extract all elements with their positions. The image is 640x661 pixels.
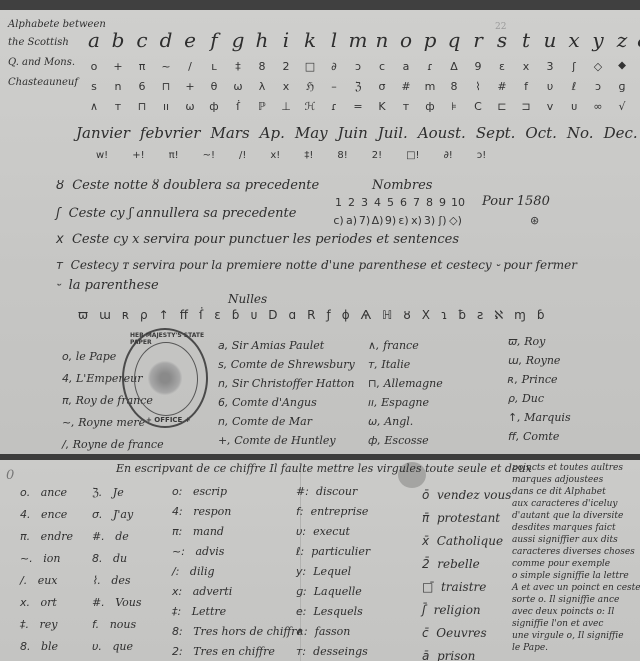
code: /: (172, 565, 179, 578)
month-name: Ap. (260, 124, 285, 142)
cipher-symbol: = (346, 100, 370, 113)
cipher-symbol: 9 (466, 60, 490, 74)
null-symbol: ʀ (122, 308, 129, 322)
list-item: ∧: fasson (296, 622, 370, 642)
list-item: υ. que (92, 636, 142, 658)
note-line: caracteres diverses choses (512, 546, 640, 558)
rule-line-3: x Ceste cy x servira pour punctuer les p… (56, 232, 459, 247)
code: #. (92, 530, 105, 543)
digit: 5 (384, 196, 397, 209)
word: adverti (193, 585, 233, 598)
cipher-symbol: f (514, 80, 538, 93)
list-item: ~: advis (172, 542, 303, 562)
month-name: May (295, 124, 328, 142)
digit: 10 (449, 196, 467, 209)
note-line: desdites marques faict (512, 522, 640, 534)
null-symbol: ɑ (288, 308, 296, 322)
instruction-line: En escripvant de ce chiffre Il faulte me… (116, 462, 532, 475)
month-name: Janvier (76, 124, 130, 142)
digit-code: x) (410, 214, 423, 227)
digit: 2 (345, 196, 358, 209)
word: fasson (315, 625, 351, 638)
cipher-symbol: ω (226, 80, 250, 93)
names-column-4: ϖ, Roy ɯ, Royne ʀ, Prince ρ, Duc ↑, Marq… (508, 332, 571, 446)
name-text: Royne (526, 354, 561, 367)
digit: 3 (358, 196, 371, 209)
numbers-digits-row: 12345678910 (332, 196, 467, 209)
list-item: π: mand (172, 522, 303, 542)
scan-top-edge (0, 0, 640, 10)
letter: n (370, 28, 394, 52)
name-entry: s, Comte de Shrewsbury (218, 355, 355, 374)
list-item: 4. ence (20, 504, 73, 526)
list-item: ō vendez vous (422, 484, 511, 507)
name-entry: ↑, Marquis (508, 408, 571, 427)
cipher-symbol: π (130, 60, 154, 74)
note-line: une virgule o, Il signiffie (512, 630, 640, 642)
list-item: ʃ̄ religion (422, 599, 511, 622)
name-text: Marquis (524, 411, 570, 424)
name-entry: ɯ, Royne (508, 351, 571, 370)
year-code: ⊛ (530, 214, 539, 227)
null-symbol: ẛ (199, 308, 203, 322)
code: o: (172, 485, 182, 498)
month-code: ∂! (444, 150, 453, 161)
word: rebelle (437, 557, 479, 571)
rule-text: Cestecy ᴛ servira pour la premiere notte… (71, 258, 577, 272)
note-line: poincts et toutes aultres (512, 462, 640, 474)
name-code: ᴛ, (368, 358, 378, 371)
digit-code: ◇) (449, 214, 462, 227)
cipher-symbol: 3 (538, 60, 562, 74)
cipher-symbol: ᴛ (394, 100, 418, 113)
word: J'ay (113, 508, 133, 521)
letter: i (274, 28, 298, 52)
cipher-symbol: ◇ (586, 60, 610, 74)
name-code: ɯ, (508, 354, 522, 367)
letter: s (490, 28, 514, 52)
name-entry: ᴛ, Italie (368, 355, 443, 374)
code: o. (20, 486, 30, 499)
null-symbol: ɛ (214, 308, 221, 322)
name-entry: ʀ, Prince (508, 370, 571, 389)
cipher-symbol: ℋ (298, 100, 322, 113)
word: Lettre (192, 605, 226, 618)
name-entry: ρ, Duc (508, 389, 571, 408)
cipher-symbol: ᴜ (562, 100, 586, 113)
cipher-symbol: ⊓ (130, 100, 154, 113)
cipher-symbol: m (418, 80, 442, 93)
note-line: signiffie l'on et avec (512, 618, 640, 630)
name-entry: ⊓, Allemagne (368, 374, 443, 393)
cipher-symbol: σ (370, 80, 394, 93)
list-item: y: Lequel (296, 562, 370, 582)
code: ℓ: (296, 545, 304, 558)
word: escrip (193, 485, 227, 498)
code: σ. (92, 508, 102, 521)
null-symbol: ϖ (78, 308, 88, 322)
month-name: Sept. (476, 124, 516, 142)
list-item: /: dilig (172, 562, 303, 582)
name-text: Sir Christoffer Hatton (232, 377, 355, 390)
word: eux (38, 574, 58, 587)
null-symbol: ȣ (403, 308, 410, 322)
rule-text: Ceste cy ʃ annullera sa precedente (69, 206, 297, 221)
name-code: 4, (62, 372, 73, 385)
cipher-symbol: υ (538, 80, 562, 93)
lower-column-1: o. ance 4. ence π. endre ~. ion /. eux x… (20, 482, 73, 658)
cipher-symbol: ɾ (418, 60, 442, 74)
cipher-symbol: K (370, 100, 394, 113)
list-item: o: escrip (172, 482, 303, 502)
code: υ: (296, 525, 306, 538)
cipher-symbol: ∧ (82, 100, 106, 113)
month-name: Mars (210, 124, 249, 142)
code: ~: (172, 545, 185, 558)
cipher-symbol: λ (250, 80, 274, 93)
name-text: Comte d'Angus (232, 396, 317, 409)
letter: g (226, 28, 250, 52)
word: Catholique (437, 534, 503, 548)
null-symbol: ↑ (159, 308, 169, 322)
months-row: JanvierfebvrierMarsAp.MayJuinJuil.Aoust.… (76, 124, 640, 142)
list-item: o. ance (20, 482, 73, 504)
code: υ. (92, 640, 102, 653)
word: mand (193, 525, 224, 538)
list-item: #. Vous (92, 592, 142, 614)
name-code: 6, (218, 396, 229, 409)
letter: k (298, 28, 322, 52)
name-code: ʀ, (508, 373, 518, 386)
cipher-symbol: C (466, 100, 490, 113)
list-item: 2: Tres en chiffre (172, 642, 303, 661)
null-symbol: ɸ (342, 308, 350, 322)
letter: o (394, 28, 418, 52)
code: ~. (20, 552, 33, 565)
cipher-symbol: # (394, 80, 418, 93)
cipher-row-2: sn6⊓+θωλxℌ–ℨσ#m8⌇#fυℓↄɡe (82, 80, 640, 93)
rule-text: Ceste notte ȣ doublera sa precedente (72, 178, 319, 193)
letter: e (178, 28, 202, 52)
name-text: Comte de Mar (232, 415, 312, 428)
cipher-symbol: √ (610, 100, 634, 113)
lower-column-3: o: escrip 4: respon π: mand ~: advis /: … (172, 482, 303, 661)
digit-code: 9) (384, 214, 397, 227)
name-text: Angl. (384, 415, 413, 428)
cipher-symbol: + (106, 60, 130, 74)
null-symbol: ℍ (382, 308, 392, 322)
code: ℨ. (92, 486, 102, 499)
word: traistre (441, 580, 486, 594)
letter: y (586, 28, 610, 52)
name-code: n, (218, 415, 228, 428)
cipher-symbol: ℓ (562, 80, 586, 93)
lower-column-5: ō vendez vous π̄ protestant x̄ Catholiqu… (422, 484, 511, 661)
cipher-symbol: ф (202, 100, 226, 113)
name-code: a, (218, 339, 228, 352)
cipher-symbol: ⊐ (514, 100, 538, 113)
code: 4: (172, 505, 183, 518)
rule-symbol: ȣ (56, 178, 64, 193)
name-entry: ff, Comte (508, 427, 571, 446)
code: ā (422, 649, 429, 661)
list-item: 2̄ rebelle (422, 553, 511, 576)
code: 8: (172, 625, 183, 638)
null-symbol: D (268, 308, 277, 322)
word: particulier (311, 545, 370, 558)
name-text: france (383, 339, 419, 352)
letter: x (562, 28, 586, 52)
list-item: x: adverti (172, 582, 303, 602)
month-name: Juin (338, 124, 368, 142)
code: ∧: (296, 625, 308, 638)
lower-column-4: #: discour f: entreprise υ: execut ℓ: pa… (296, 482, 370, 661)
word: rey (40, 618, 58, 631)
name-code: ρ, (508, 392, 518, 405)
seal-text-top: HER MAJESTY'S STATE PAPER (130, 332, 206, 346)
letter: p (418, 28, 442, 52)
list-item: #. de (92, 526, 142, 548)
cipher-symbol: n (106, 80, 130, 93)
names-column-2: a, Sir Amias Paulet s, Comte de Shrewsbu… (218, 336, 355, 450)
code: ‡: (172, 605, 181, 618)
letter: b (106, 28, 130, 52)
null-symbol: R (307, 308, 315, 322)
note-line: aux caracteres d'iceluy (512, 498, 640, 510)
month-code: ‡! (304, 150, 313, 161)
list-item: π̄ protestant (422, 507, 511, 530)
null-symbol: ᴜ (250, 308, 257, 322)
note-line: avec deux poincts o: Il (512, 606, 640, 618)
month-code: w! (96, 150, 108, 161)
name-entry: n, Comte de Mar (218, 412, 355, 431)
title-line-2: the Scottish (8, 36, 69, 50)
cipher-symbol: 8 (250, 60, 274, 74)
margin-notes: poincts et toutes aultres marques adjous… (512, 462, 640, 654)
letter: z (610, 28, 634, 52)
code: π. (20, 530, 30, 543)
cipher-symbol: 2 (274, 60, 298, 74)
plain-alphabet-row: a b c d e f g h i k l m n o p q r s t u … (82, 28, 640, 52)
cipher-symbol: ıı (154, 100, 178, 113)
word: Oeuvres (436, 626, 486, 640)
code: 2̄ (422, 557, 430, 571)
cipher-symbol: x (274, 80, 298, 93)
name-code: /, (62, 438, 69, 451)
names-column-3: ∧, france ᴛ, Italie ⊓, Allemagne ıı, Esp… (368, 336, 443, 450)
cipher-symbol: + (178, 80, 202, 93)
word: que (112, 640, 133, 653)
name-code: ∧, (368, 339, 380, 352)
list-item: 8. du (92, 548, 142, 570)
state-paper-office-seal: HER MAJESTY'S STATE PAPER + OFFICE + (122, 328, 208, 428)
name-entry: n, Sir Christoffer Hatton (218, 374, 355, 393)
name-code: ff, (508, 430, 519, 443)
name-text: Allemagne (384, 377, 443, 390)
digit-code: 7) (358, 214, 371, 227)
name-code: s, (218, 358, 227, 371)
word: desseings (313, 645, 368, 658)
name-code: n, (218, 377, 228, 390)
month-code: /! (239, 150, 246, 161)
letter: f (202, 28, 226, 52)
word: dilig (190, 565, 215, 578)
name-code: π, (62, 394, 72, 407)
cipher-symbol: ↄ (346, 60, 370, 74)
name-code: ϖ, (508, 335, 521, 348)
months-code-row: w!+!π!~!/!x!‡!8!2!□!∂!ↄ! (96, 150, 510, 161)
code: 2: (172, 645, 183, 658)
rule-symbol: ʃ (56, 206, 60, 221)
letter: a (82, 28, 106, 52)
null-symbol: ɓ (537, 308, 545, 322)
code: □̄ (422, 580, 433, 594)
list-item: π. endre (20, 526, 73, 548)
rule-line-4: ᴛ Cestecy ᴛ servira pour la premiere not… (56, 258, 577, 273)
cipher-symbol: ⊏ (490, 100, 514, 113)
name-code: ~, (62, 416, 75, 429)
note-line: dans ce dit Alphabet (512, 486, 640, 498)
code: ᴛ: (296, 645, 306, 658)
code: π: (172, 525, 182, 538)
month-name: Juil. (378, 124, 408, 142)
name-code: +, (218, 434, 231, 447)
name-text: Escosse (384, 434, 428, 447)
rule-symbol: ⏑ (56, 278, 60, 293)
null-symbol: ɿ (441, 308, 447, 322)
name-text: Italie (381, 358, 410, 371)
digit-code: ʃ) (436, 214, 449, 227)
month-code: π! (169, 150, 179, 161)
name-entry: /, Royne de france (62, 434, 164, 454)
rule-line-2: ʃ Ceste cy ʃ annullera sa precedente (56, 206, 296, 221)
name-text: Sir Amias Paulet (232, 339, 324, 352)
word: ble (41, 640, 58, 653)
cipher-symbol: ʟ (202, 60, 226, 74)
word: nous (110, 618, 136, 631)
letter: h (250, 28, 274, 52)
null-symbol: ɓ (232, 308, 240, 322)
name-text: Royne de france (73, 438, 164, 451)
name-code: o, (62, 350, 72, 363)
cipher-symbol: ~ (154, 60, 178, 74)
name-code: ⊓, (368, 377, 380, 390)
code: e: (296, 605, 306, 618)
seal-text-bottom: + OFFICE + (146, 416, 191, 424)
code: ʃ̄ (422, 603, 426, 617)
cipher-symbol: ɡ (610, 80, 634, 93)
cipher-symbol: ʃ (562, 60, 586, 74)
name-code: ω, (368, 415, 381, 428)
word: respon (193, 505, 231, 518)
code: f. (92, 618, 99, 631)
name-text: Duc (522, 392, 544, 405)
cipher-symbol: e (634, 80, 640, 93)
cipher-symbol: ω (178, 100, 202, 113)
word: Lesquels (313, 605, 362, 618)
null-symbol: ƀ (458, 308, 466, 322)
cipher-symbol: ∂ (634, 100, 640, 113)
cipher-symbol: ℙ (250, 100, 274, 113)
word: discour (316, 485, 357, 498)
list-item: c̄ Oeuvres (422, 622, 511, 645)
cipher-symbol: s (82, 80, 106, 93)
null-symbol: ρ (140, 308, 148, 322)
list-item: f. nous (92, 614, 142, 636)
code: x̄ (422, 534, 429, 548)
word: Lequel (313, 565, 351, 578)
name-text: Espagne (381, 396, 429, 409)
list-item: □̄ traistre (422, 576, 511, 599)
code: /. (20, 574, 27, 587)
word: execut (313, 525, 350, 538)
word: religion (434, 603, 481, 617)
word: protestant (437, 511, 500, 525)
month-code: 2! (372, 150, 382, 161)
list-item: e: Lesquels (296, 602, 370, 622)
note-line: comme pour exemple (512, 558, 640, 570)
digit: 8 (423, 196, 436, 209)
code: ⌇. (92, 574, 101, 587)
letter: r (466, 28, 490, 52)
code: c̄ (422, 626, 429, 640)
digit: 4 (371, 196, 384, 209)
code: 8. (20, 640, 31, 653)
cipher-symbol: ⯁ (610, 60, 634, 74)
null-symbol: ɯ (99, 308, 111, 322)
cipher-symbol: 6 (130, 80, 154, 93)
word: ort (41, 596, 57, 609)
margin-mark: 0 (6, 468, 14, 483)
cipher-symbol: / (178, 60, 202, 74)
code: x. (20, 596, 30, 609)
cipher-symbol: ⌇ (466, 80, 490, 93)
digit-code: ɛ) (397, 214, 410, 227)
name-entry: +, Comte de Huntley (218, 431, 355, 450)
null-symbol: Ѧ (361, 308, 372, 322)
title-line-3: Q. and Mons. (8, 56, 75, 70)
cipher-row-3: ∧ᴛ⊓ııωфẛℙ⊥ℋɾ=Kᴛф⊧C⊏⊐vᴜ∞√∂ (82, 100, 640, 113)
letter: l (322, 28, 346, 52)
cipher-symbol: ᴛ (106, 100, 130, 113)
note-line: A et avec un poinct en ceste (512, 582, 640, 594)
cipher-row-1: o+π~/ʟ‡82□∂ↄcaɾΔ9ɛx3ʃ◇⯁α (82, 60, 640, 74)
lower-column-2: ℨ. Je σ. J'ay #. de 8. du ⌇. des #. Vous… (92, 482, 142, 658)
digit: 9 (436, 196, 449, 209)
word: des (111, 574, 130, 587)
cipher-symbol: ɛ (490, 60, 514, 74)
digit: 1 (332, 196, 345, 209)
numbers-codes-row: c)a)7)Δ)9)ɛ)x)3)ʃ)◇) (332, 214, 462, 227)
list-item: ᴛ: desseings (296, 642, 370, 661)
month-name: No. (567, 124, 594, 142)
cipher-symbol: Δ (442, 60, 466, 74)
code: π̄ (422, 511, 429, 525)
cipher-symbol: θ (202, 80, 226, 93)
word: ion (43, 552, 60, 565)
month-code: ~! (203, 150, 215, 161)
note-line: aussi signiffier aux dits (512, 534, 640, 546)
null-symbol: ɱ (514, 308, 526, 322)
word: endre (41, 530, 73, 543)
list-item: /. eux (20, 570, 73, 592)
list-item: f: entreprise (296, 502, 370, 522)
nulles-row: ϖɯʀρ↑ffẛɛɓᴜDɑRƒɸѦℍȣXɿƀƨℵɱɓ (78, 308, 555, 322)
list-item: x. ort (20, 592, 73, 614)
name-code: ıı, (368, 396, 378, 409)
digit-code: 3) (423, 214, 436, 227)
cipher-symbol: a (394, 60, 418, 74)
